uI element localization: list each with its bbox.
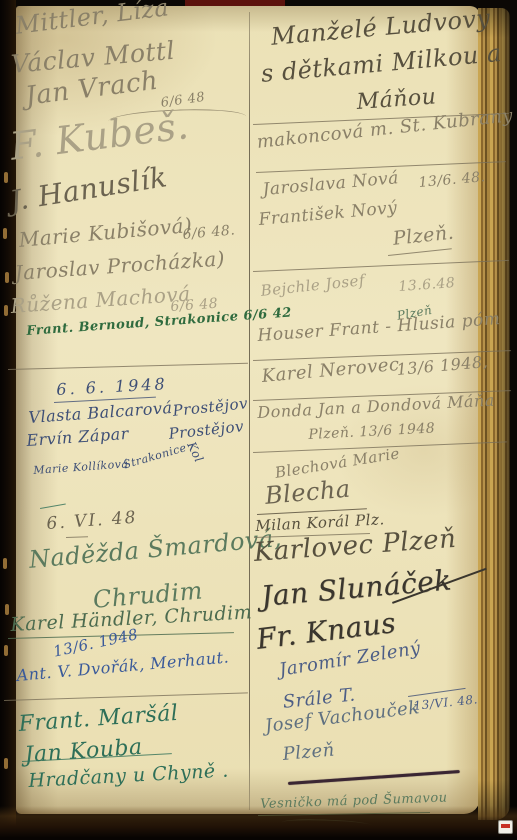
book-cover-edge — [185, 0, 285, 6]
page-edge-stripes — [478, 8, 510, 820]
signature-entry: Plzeň — [282, 741, 335, 763]
red-dash — [501, 824, 510, 828]
stitch-mark — [4, 645, 8, 656]
stitch-mark — [4, 758, 8, 769]
stitch-mark — [3, 228, 7, 239]
date-note: 13.6.48 — [398, 276, 456, 294]
photo-frame: Mittler, Líza Václav Mottl Jan Vrach 6/6… — [0, 0, 517, 840]
page-marker-icon[interactable] — [498, 820, 513, 834]
stitch-mark — [5, 272, 9, 283]
stitch-mark — [4, 172, 8, 183]
book-bottom-edge — [0, 806, 517, 840]
stitch-mark — [4, 305, 8, 316]
signature-entry: Máňou — [356, 86, 437, 114]
stitch-mark — [3, 558, 7, 569]
signature-entry: Blecha — [264, 477, 351, 508]
stitch-mark — [5, 604, 9, 615]
